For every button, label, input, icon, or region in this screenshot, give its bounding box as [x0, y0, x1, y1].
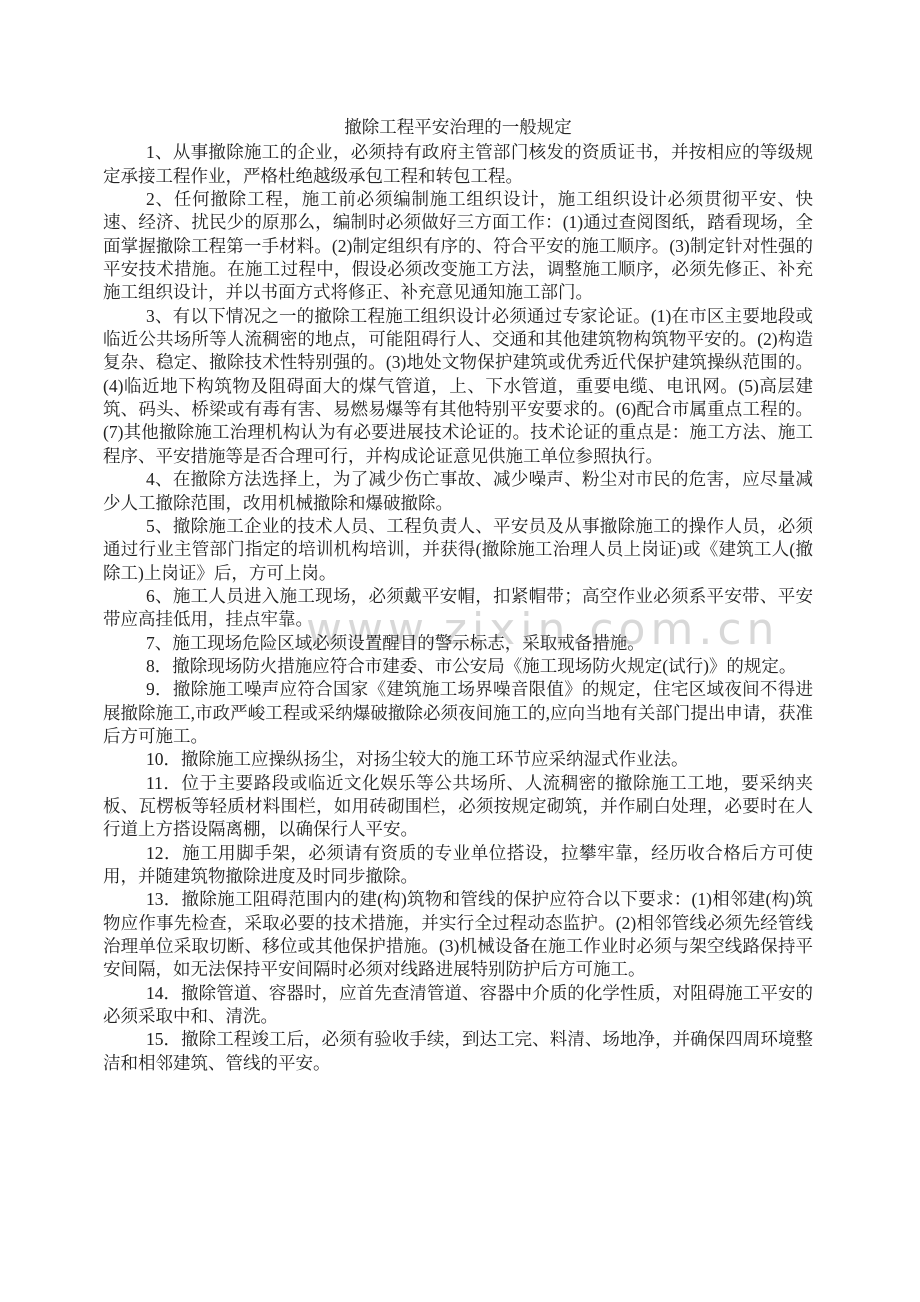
paragraph-10: 10．撤除施工应操纵扬尘，对扬尘较大的施工环节应采纳湿式作业法。: [103, 748, 813, 771]
document-content: 撤除工程平安治理的一般规定 1、从事撤除施工的企业，必须持有政府主管部门核发的资…: [103, 116, 813, 1075]
paragraph-5: 5、撤除施工企业的技术人员、工程负责人、平安员及从事撤除施工的操作人员，必须通过…: [103, 515, 813, 585]
paragraph-15: 15．撤除工程竣工后，必须有验收手续，到达工完、料清、场地净，并确保四周环境整洁…: [103, 1028, 813, 1075]
document-page: www.zixin.com.cn 撤除工程平安治理的一般规定 1、从事撤除施工的…: [0, 0, 920, 1302]
paragraph-4: 4、在撤除方法选择上，为了减少伤亡事故、减少噪声、粉尘对市民的危害，应尽量减少人…: [103, 468, 813, 515]
paragraph-13: 13．撤除施工阻碍范围内的建(构)筑物和管线的保护应符合以下要求：(1)相邻建(…: [103, 888, 813, 981]
paragraph-8: 8．撤除现场防火措施应符合市建委、市公安局《施工现场防火规定(试行)》的规定。: [103, 655, 813, 678]
paragraph-1: 1、从事撤除施工的企业，必须持有政府主管部门核发的资质证书，并按相应的等级规定承…: [103, 141, 813, 188]
paragraph-14: 14．撤除管道、容器时，应首先查清管道、容器中介质的化学性质，对阻碍施工平安的必…: [103, 982, 813, 1029]
paragraph-12: 12．施工用脚手架，必须请有资质的专业单位搭设，拉攀牢靠，经历收合格后方可使用，…: [103, 842, 813, 889]
paragraph-6: 6、施工人员进入施工现场，必须戴平安帽，扣紧帽带；高空作业必须系平安带、平安带应…: [103, 585, 813, 632]
paragraph-3: 3、有以下情况之一的撤除工程施工组织设计必须通过专家论证。(1)在市区主要地段或…: [103, 305, 813, 468]
paragraph-9: 9．撤除施工噪声应符合国家《建筑施工场界噪音限值》的规定，住宅区域夜间不得进展撤…: [103, 678, 813, 748]
document-title: 撤除工程平安治理的一般规定: [103, 116, 813, 139]
paragraph-7: 7、施工现场危险区域必须设置醒目的警示标志，采取戒备措施。: [103, 632, 813, 655]
paragraph-11: 11．位于主要路段或临近文化娱乐等公共场所、人流稠密的撤除施工工地，要采纳夹板、…: [103, 772, 813, 842]
paragraph-2: 2、任何撤除工程，施工前必须编制施工组织设计，施工组织设计必须贯彻平安、快速、经…: [103, 188, 813, 305]
